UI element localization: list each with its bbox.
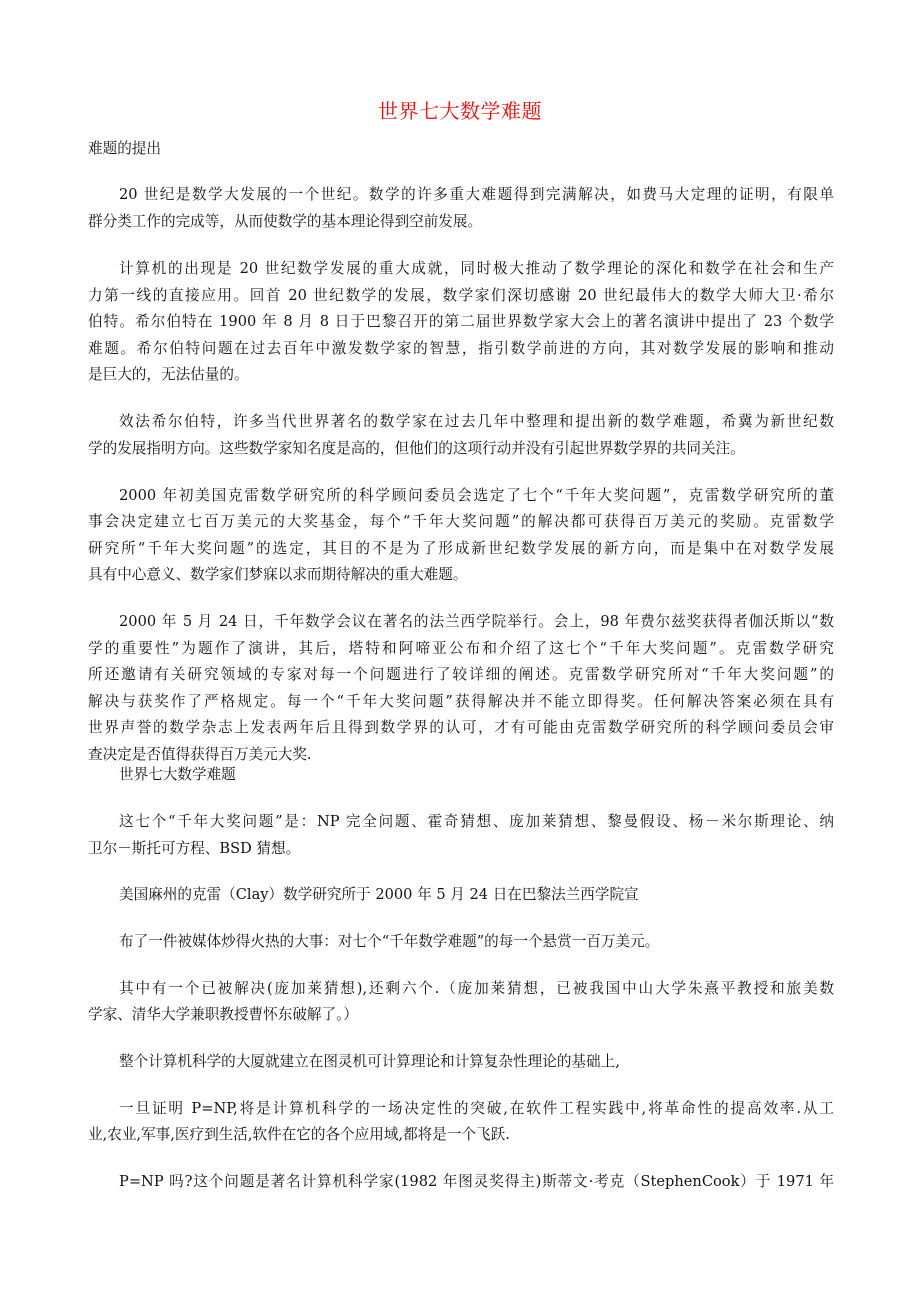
text-line: 这七个“千年大奖问题”是：NP 完全问题、霍奇猜想、庞加莱猜想、黎曼假设、杨－米… (119, 813, 834, 831)
text-line: 力第一线的直接应用。回首 20 世纪数学的发展，数学家们深切感谢 20 世纪最伟… (88, 287, 834, 305)
text-line: 群分类工作的完成等，从而使数学的基本理论得到空前发展。 (88, 213, 834, 231)
section-heading-seven-problems: 世界七大数学难题 (119, 766, 834, 784)
text-line: 难题。希尔伯特问题在过去百年中激发数学家的智慧，指引数学前进的方向，其对数学发展… (88, 340, 834, 358)
text-line: 学家、清华大学兼职教授曹怀东破解了。） (88, 1006, 834, 1024)
document-title: 世界七大数学难题 (0, 99, 920, 123)
text-line: 所还邀请有关研究领域的专家对每一个问题进行了较详细的阐述。克雷数学研究所对“千年… (88, 666, 834, 684)
text-line: 解决与获奖作了严格规定。每一个“千年大奖问题”获得解决并不能立即得奖。任何解决答… (88, 693, 834, 711)
text-line: 一旦证明 P=NP,将是计算机科学的一场决定性的突破,在软件工程实践中,将革命性… (119, 1100, 834, 1118)
text-line: 布了一件被媒体炒得火热的大事：对七个“千年数学难题”的每一个悬赏一百万美元。 (119, 933, 834, 951)
text-line: 其中有一个已被解决(庞加莱猜想),还剩六个.（庞加莱猜想，已被我国中山大学朱熹平… (119, 980, 834, 998)
text-line: 效法希尔伯特，许多当代世界著名的数学家在过去几年中整理和提出新的数学难题，希冀为… (119, 413, 834, 431)
text-line: 2000 年初美国克雷数学研究所的科学顾问委员会选定了七个“千年大奖问题”，克雷… (119, 487, 834, 505)
text-line: 研究所“千年大奖问题”的选定，其目的不是为了形成新世纪数学发展的新方向，而是集中… (88, 540, 834, 558)
section-heading-origin: 难题的提出 (88, 140, 834, 158)
text-line: 伯特。希尔伯特在 1900 年 8 月 8 日于巴黎召开的第二届世界数学家大会上… (88, 313, 834, 331)
text-line: 是巨大的，无法估量的。 (88, 366, 834, 384)
text-line: 计算机的出现是 20 世纪数学发展的重大成就，同时极大推动了数学理论的深化和数学… (119, 260, 834, 278)
text-line: P=NP 吗?这个问题是著名计算机科学家(1982 年图灵奖得主)斯蒂文·考克（… (119, 1173, 834, 1191)
document-page: 世界七大数学难题 难题的提出20 世纪是数学大发展的一个世纪。数学的许多重大难题… (0, 0, 920, 1302)
text-line: 2000 年 5 月 24 日，千年数学会议在著名的法兰西学院举行。会上，98 … (119, 613, 834, 631)
text-line: 世界声誉的数学杂志上发表两年后且得到数学界的认可，才有可能由克雷数学研究所的科学… (88, 719, 834, 737)
text-line: 具有中心意义、数学家们梦寐以求而期待解决的重大难题。 (88, 566, 834, 584)
text-line: 学的发展指明方向。这些数学家知名度是高的，但他们的这项行动并没有引起世界数学界的… (88, 440, 834, 458)
text-line: 整个计算机科学的大厦就建立在图灵机可计算理论和计算复杂性理论的基础上, (119, 1053, 834, 1071)
text-line: 20 世纪是数学大发展的一个世纪。数学的许多重大难题得到完满解决，如费马大定理的… (119, 186, 834, 204)
text-line: 业,农业,军事,医疗到生活,软件在它的各个应用域,都将是一个飞跃. (88, 1126, 834, 1144)
text-line: 查决定是否值得获得百万美元大奖. (88, 746, 834, 764)
text-line: 美国麻州的克雷（Clay）数学研究所于 2000 年 5 月 24 日在巴黎法兰… (119, 886, 834, 904)
text-line: 卫尔－斯托可方程、BSD 猜想。 (88, 840, 834, 858)
text-line: 学的重要性”为题作了演讲，其后，塔特和阿啼亚公布和介绍了这七个“千年大奖问题”。… (88, 640, 834, 658)
text-line: 事会决定建立七百万美元的大奖基金，每个“千年大奖问题”的解决都可获得百万美元的奖… (88, 513, 834, 531)
